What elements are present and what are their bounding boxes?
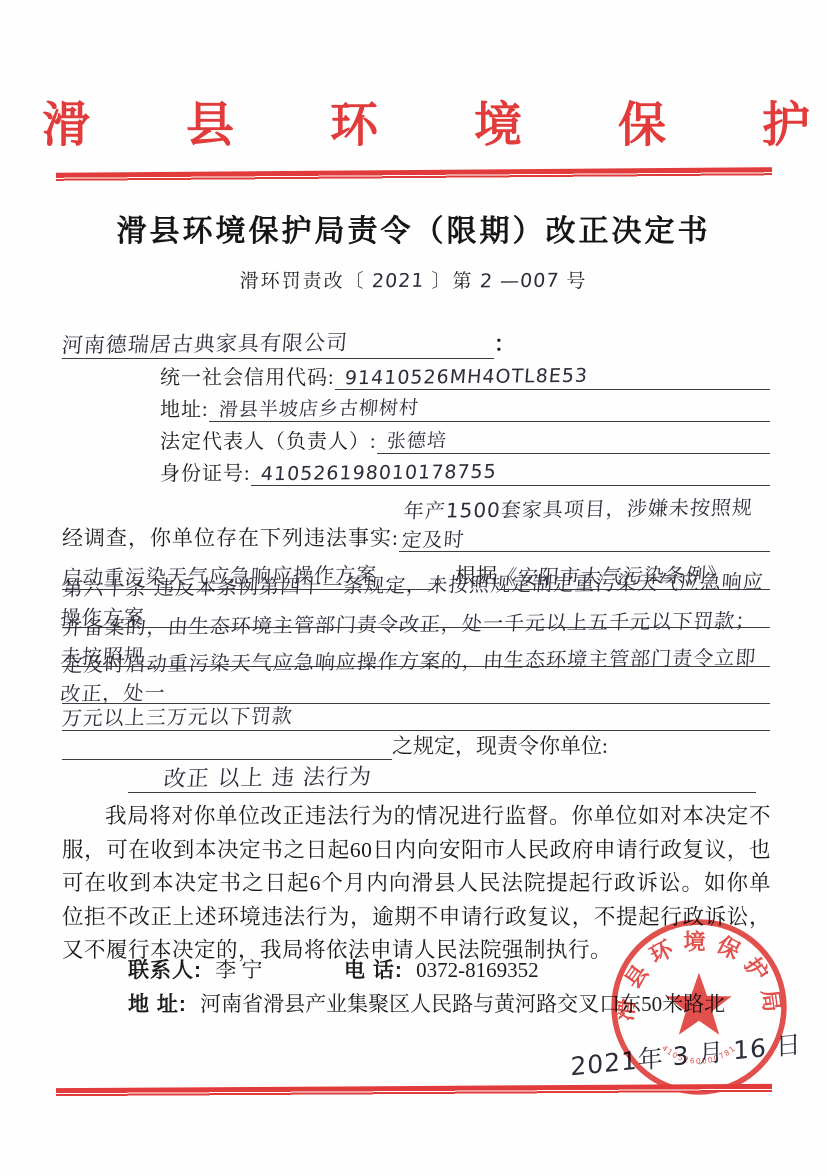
doc-no-mid: 〕第 (431, 271, 473, 292)
provision-line: 之规定，现责令你单位: (62, 733, 770, 760)
order-handwritten: 改正 以上 违 法行为 (163, 760, 374, 793)
doc-no-year-handwritten: 2021 (371, 270, 425, 293)
doc-no-suffix: 号 (566, 271, 587, 292)
address-value: 滑县半坡店乡古柳树村 (217, 393, 419, 422)
contact-phone-row: 电 话: 0372-8169352 (344, 954, 539, 984)
violation-law-line4: 万元以上三万元以下罚款 (61, 700, 294, 731)
field-legal-rep: 法定代表人（负责人）: 张德培 (160, 426, 770, 454)
legal-rep-label: 法定代表人（负责人）: (160, 425, 377, 454)
recipient-company-name: 河南德瑞居古典家具有限公司 (61, 327, 350, 360)
address-label: 地址: (160, 393, 209, 422)
document-title: 滑县环境保护局责令（限期）改正决定书 (0, 206, 827, 250)
doc-no-prefix: 滑环罚责改〔 (240, 271, 366, 292)
violation-line-1: 经调查，你单位存在下列违法事实: 年产1500套家具项目，涉嫌未按照规定及时 (62, 516, 770, 552)
credit-code-label: 统一社会信用代码: (160, 361, 335, 390)
field-id-number: 身份证号: 410526198010178755 (160, 458, 770, 486)
recipient-line: 河南德瑞居古典家具有限公司： (62, 328, 515, 359)
contact-phone-value: 0372-8169352 (416, 958, 539, 982)
field-credit-code: 统一社会信用代码: 91410526MH4OTL8E53 (160, 362, 770, 390)
violation-line-5: 定及时启动重污染天气应急响应操作方案的，由生态环境主管部门责令立即改正，处一 (62, 667, 770, 704)
contact-person-value: 李 宁 (215, 958, 262, 982)
document-page: 滑 县 环 境 保 护 局 滑县环境保护局责令（限期）改正决定书 滑环罚责改〔 … (0, 0, 827, 1176)
violation-fact-line1: 年产1500套家具项目，涉嫌未按照规定及时 (400, 491, 772, 553)
contact-address-label: 地 址: (128, 993, 187, 1016)
doc-no-serial-handwritten: 2 —007 (479, 270, 560, 293)
violation-line-6: 万元以上三万元以下罚款 (62, 704, 770, 731)
violation-law-line3: 定及时启动重污染天气应急响应操作方案的，由生态环境主管部门责令立即改正，处一 (59, 641, 772, 706)
order-line: 改正 以上 违 法行为 (62, 762, 770, 793)
credit-code-value: 91410526MH4OTL8E53 (344, 365, 589, 390)
official-seal: 滑县环境保护局 4105260000781 (608, 916, 790, 1098)
letterhead-bureau-name: 滑 县 环 境 保 护 局 (0, 86, 827, 155)
contact-person-row: 联系人: 李 宁 (128, 954, 263, 984)
seal-code-text: 4105260000781 (660, 1043, 738, 1065)
violation-intro-label: 经调查，你单位存在下列违法事实: (62, 522, 399, 552)
recipient-colon: ： (494, 332, 515, 356)
contact-person-label: 联系人: (128, 959, 202, 982)
id-number-value: 410526198010178755 (260, 461, 497, 485)
letterhead-rule (56, 167, 772, 182)
provision-order-label: 之规定，现责令你单位: (392, 730, 608, 760)
contact-phone-label: 电 话: (344, 959, 403, 982)
field-address: 地址: 滑县半坡店乡古柳树村 (160, 394, 770, 422)
legal-rep-value: 张德培 (385, 426, 447, 454)
seal-star-icon (666, 973, 731, 1035)
document-number: 滑环罚责改〔 2021 〕第 2 —007 号 (0, 266, 827, 293)
id-number-label: 身份证号: (160, 457, 251, 486)
